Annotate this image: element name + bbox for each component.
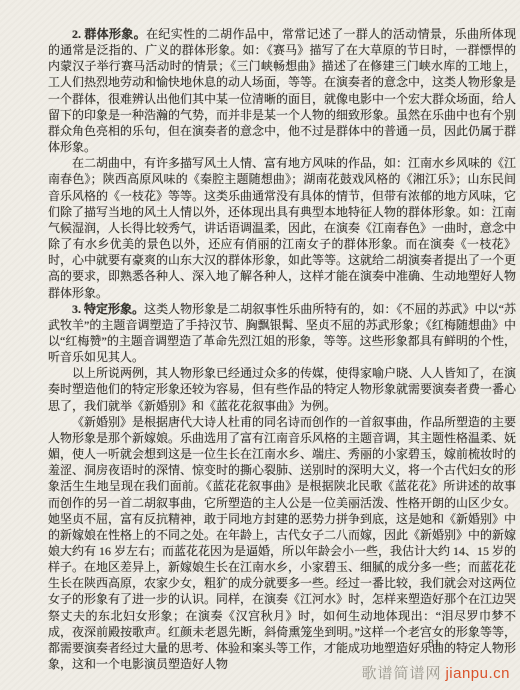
watermark-site-name: 歌谱简谱网 (361, 665, 441, 682)
watermark-site-url: jianpu.cn (445, 665, 510, 682)
paragraph-group-image-section: 2. 群体形象。在纪实性的二胡作品中，常常记述了一群人的活动情景，乐曲所体现的通… (48, 26, 516, 155)
body-text: 2. 群体形象。在纪实性的二胡作品中，常常记述了一群人的活动情景，乐曲所体现的通… (48, 26, 516, 672)
section-heading-3: 3. 特定形象。 (72, 302, 144, 316)
paragraph-text: 在纪实性的二胡作品中，常常记述了一群人的活动情景，乐曲所体现的通常是泛指的、广义… (48, 27, 516, 154)
paragraph-text: 以上所说两例，其人物形象已经通过众多的传媒，使得家喻户晓、人人皆知了，在演奏时塑… (48, 366, 516, 412)
paragraph-specific-image-section: 3. 特定形象。这类人物形象是二胡叙事性乐曲所特有的，如：《不屈的苏武》中以“苏… (48, 301, 516, 366)
section-heading-2: 2. 群体形象。 (72, 27, 146, 41)
book-page: 2. 群体形象。在纪实性的二胡作品中，常常记述了一群人的活动情景，乐曲所体现的通… (0, 0, 520, 690)
paragraph-text: 在二胡曲中，有许多描写风土人情、富有地方风味的作品，如：江南水乡风味的《江南春色… (48, 156, 516, 299)
paragraph-regional-style: 在二胡曲中，有许多描写风土人情、富有地方风味的作品，如：江南水乡风味的《江南春色… (48, 155, 516, 300)
paragraph-examples-intro: 以上所说两例，其人物形象已经通过众多的传媒，使得家喻户晓、人人皆知了，在演奏时塑… (48, 365, 516, 413)
page-number: 81 (404, 638, 464, 650)
paragraph-xinhunbie-lanhuahua: 《新婚别》是根据唐代大诗人杜甫的同名诗而创作的一首叙事曲，作品所塑造的主要人物形… (48, 414, 516, 673)
paragraph-text: 《新婚别》是根据唐代大诗人杜甫的同名诗而创作的一首叙事曲，作品所塑造的主要人物形… (48, 415, 516, 671)
watermark: 歌谱简谱网jianpu.cn (361, 662, 510, 683)
